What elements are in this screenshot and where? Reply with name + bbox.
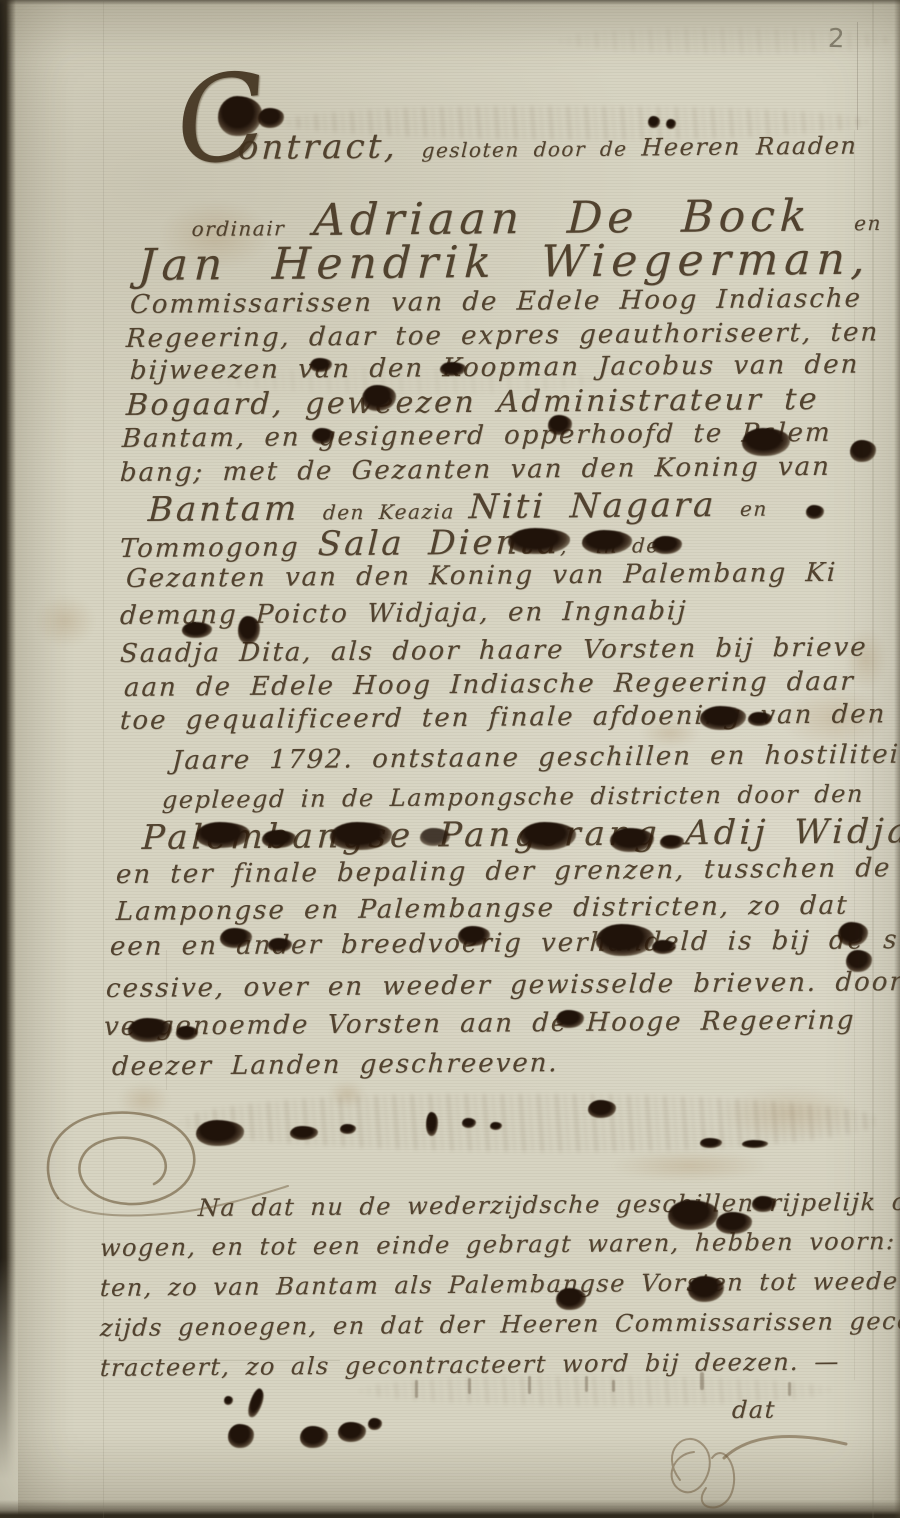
manuscript-page: 2 C ontract, gesloten door de Heeren Raa… xyxy=(0,0,900,1518)
scan-vignette xyxy=(0,0,900,1518)
